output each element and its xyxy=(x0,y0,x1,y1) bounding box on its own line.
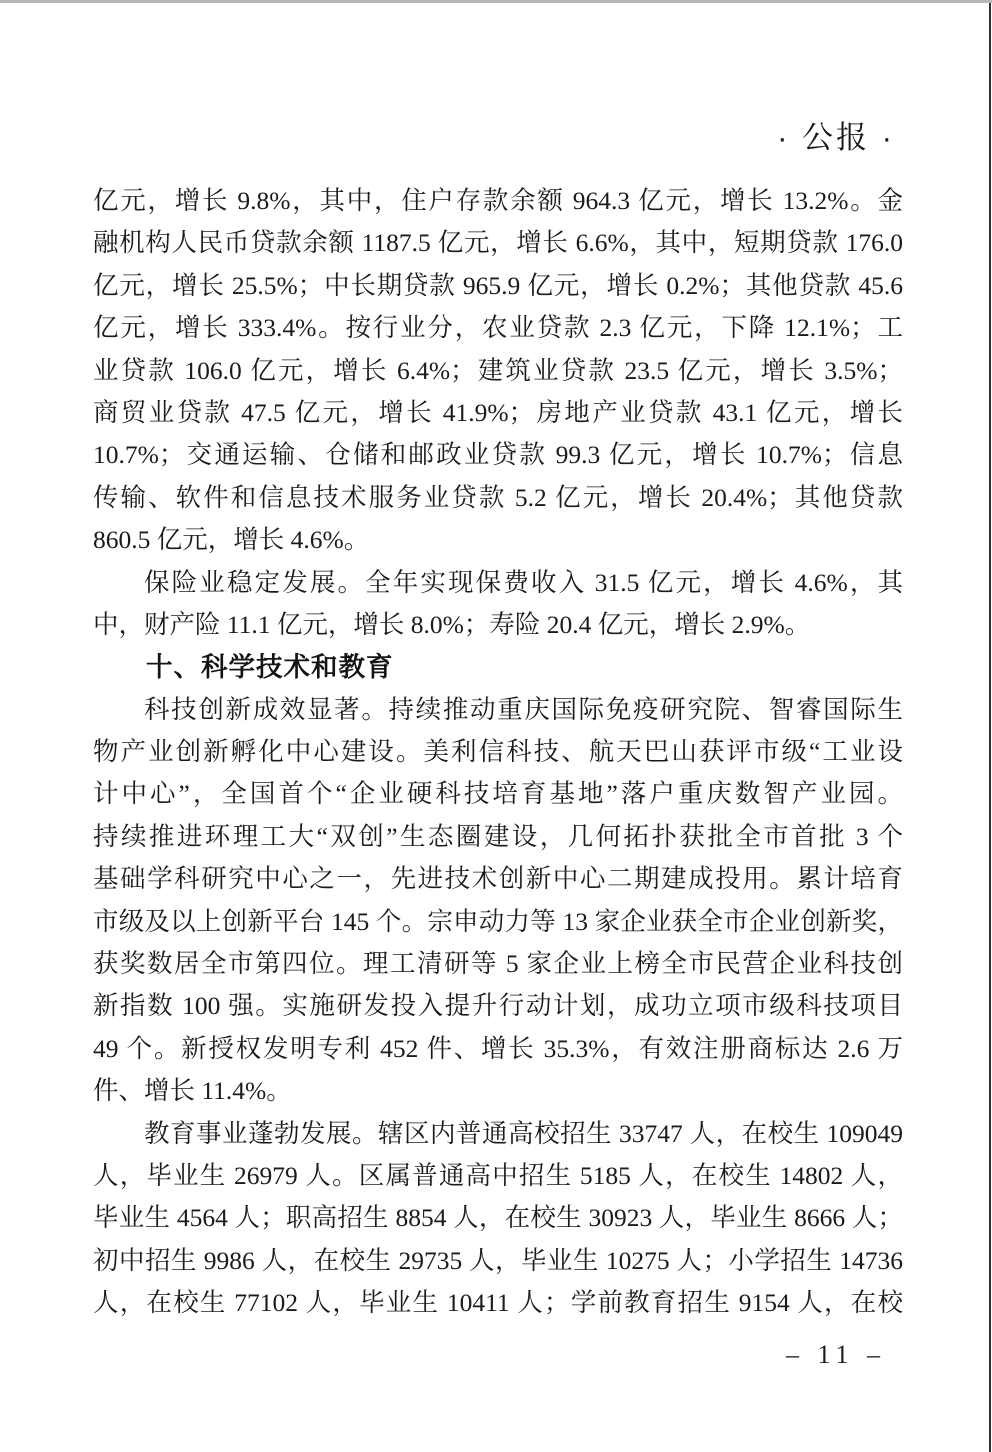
text-line: 持续推进环理工大“双创”生态圈建设，几何拓扑获批全市首批 3 个 xyxy=(93,816,903,858)
text-line: 科技创新成效显著。持续推动重庆国际免疫研究院、智睿国际生 xyxy=(93,689,903,731)
text-line: 新指数 100 强。实施研发投入提升行动计划，成功立项市级科技项目 xyxy=(93,985,903,1027)
text-line: 亿元，增长 9.8%，其中，住户存款余额 964.3 亿元，增长 13.2%。金 xyxy=(93,180,903,222)
text-line: 传输、软件和信息技术服务业贷款 5.2 亿元，增长 20.4%；其他贷款 xyxy=(93,477,903,519)
text-line: 保险业稳定发展。全年实现保费收入 31.5 亿元，增长 4.6%，其 xyxy=(93,562,903,604)
text-line: 毕业生 4564 人；职高招生 8854 人，在校生 30923 人，毕业生 8… xyxy=(93,1197,903,1239)
document-body: 亿元，增长 9.8%，其中，住户存款余额 964.3 亿元，增长 13.2%。金… xyxy=(93,180,903,1325)
text-line: 49 个。新授权发明专利 452 件、增长 35.3%，有效注册商标达 2.6 … xyxy=(93,1028,903,1070)
text-line: 商贸业贷款 47.5 亿元，增长 41.9%；房地产业贷款 43.1 亿元，增长 xyxy=(93,392,903,434)
text-line: 亿元，增长 333.4%。按行业分，农业贷款 2.3 亿元，下降 12.1%；工 xyxy=(93,307,903,349)
text-line: 10.7%；交通运输、仓储和邮政业贷款 99.3 亿元，增长 10.7%；信息 xyxy=(93,434,903,476)
text-line: 融机构人民币贷款余额 1187.5 亿元，增长 6.6%，其中，短期贷款 176… xyxy=(93,222,903,264)
text-line: 教育事业蓬勃发展。辖区内普通高校招生 33747 人，在校生 109049 xyxy=(93,1113,903,1155)
text-line: 亿元，增长 25.5%；中长期贷款 965.9 亿元，增长 0.2%；其他贷款 … xyxy=(93,265,903,307)
page-number: – 11 – xyxy=(786,1340,886,1370)
section-heading: 十、科学技术和教育 xyxy=(93,646,903,688)
scan-top-edge xyxy=(0,0,992,3)
running-header: · 公报 · xyxy=(777,112,895,157)
text-line: 业贷款 106.0 亿元，增长 6.4%；建筑业贷款 23.5 亿元，增长 3.… xyxy=(93,350,903,392)
text-line: 人，毕业生 26979 人。区属普通高中招生 5185 人，在校生 14802 … xyxy=(93,1155,903,1197)
text-line: 中，财产险 11.1 亿元，增长 8.0%；寿险 20.4 亿元，增长 2.9%… xyxy=(93,604,903,646)
text-line: 860.5 亿元，增长 4.6%。 xyxy=(93,519,903,561)
scan-right-edge xyxy=(989,3,991,1452)
text-line: 计中心”，全国首个“企业硬科技培育基地”落户重庆数智产业园。 xyxy=(93,773,903,815)
text-line: 获奖数居全市第四位。理工清研等 5 家企业上榜全市民营企业科技创 xyxy=(93,943,903,985)
document-page: · 公报 · 亿元，增长 9.8%，其中，住户存款余额 964.3 亿元，增长 … xyxy=(0,0,992,1452)
text-line: 市级及以上创新平台 145 个。宗申动力等 13 家企业获全市企业创新奖， xyxy=(93,901,903,943)
text-line: 基础学科研究中心之一，先进技术创新中心二期建成投用。累计培育 xyxy=(93,858,903,900)
text-line: 件、增长 11.4%。 xyxy=(93,1070,903,1112)
text-line: 初中招生 9986 人，在校生 29735 人，毕业生 10275 人；小学招生… xyxy=(93,1240,903,1282)
text-line: 物产业创新孵化中心建设。美利信科技、航天巴山获评市级“工业设 xyxy=(93,731,903,773)
text-line: 人，在校生 77102 人，毕业生 10411 人；学前教育招生 9154 人，… xyxy=(93,1282,903,1324)
